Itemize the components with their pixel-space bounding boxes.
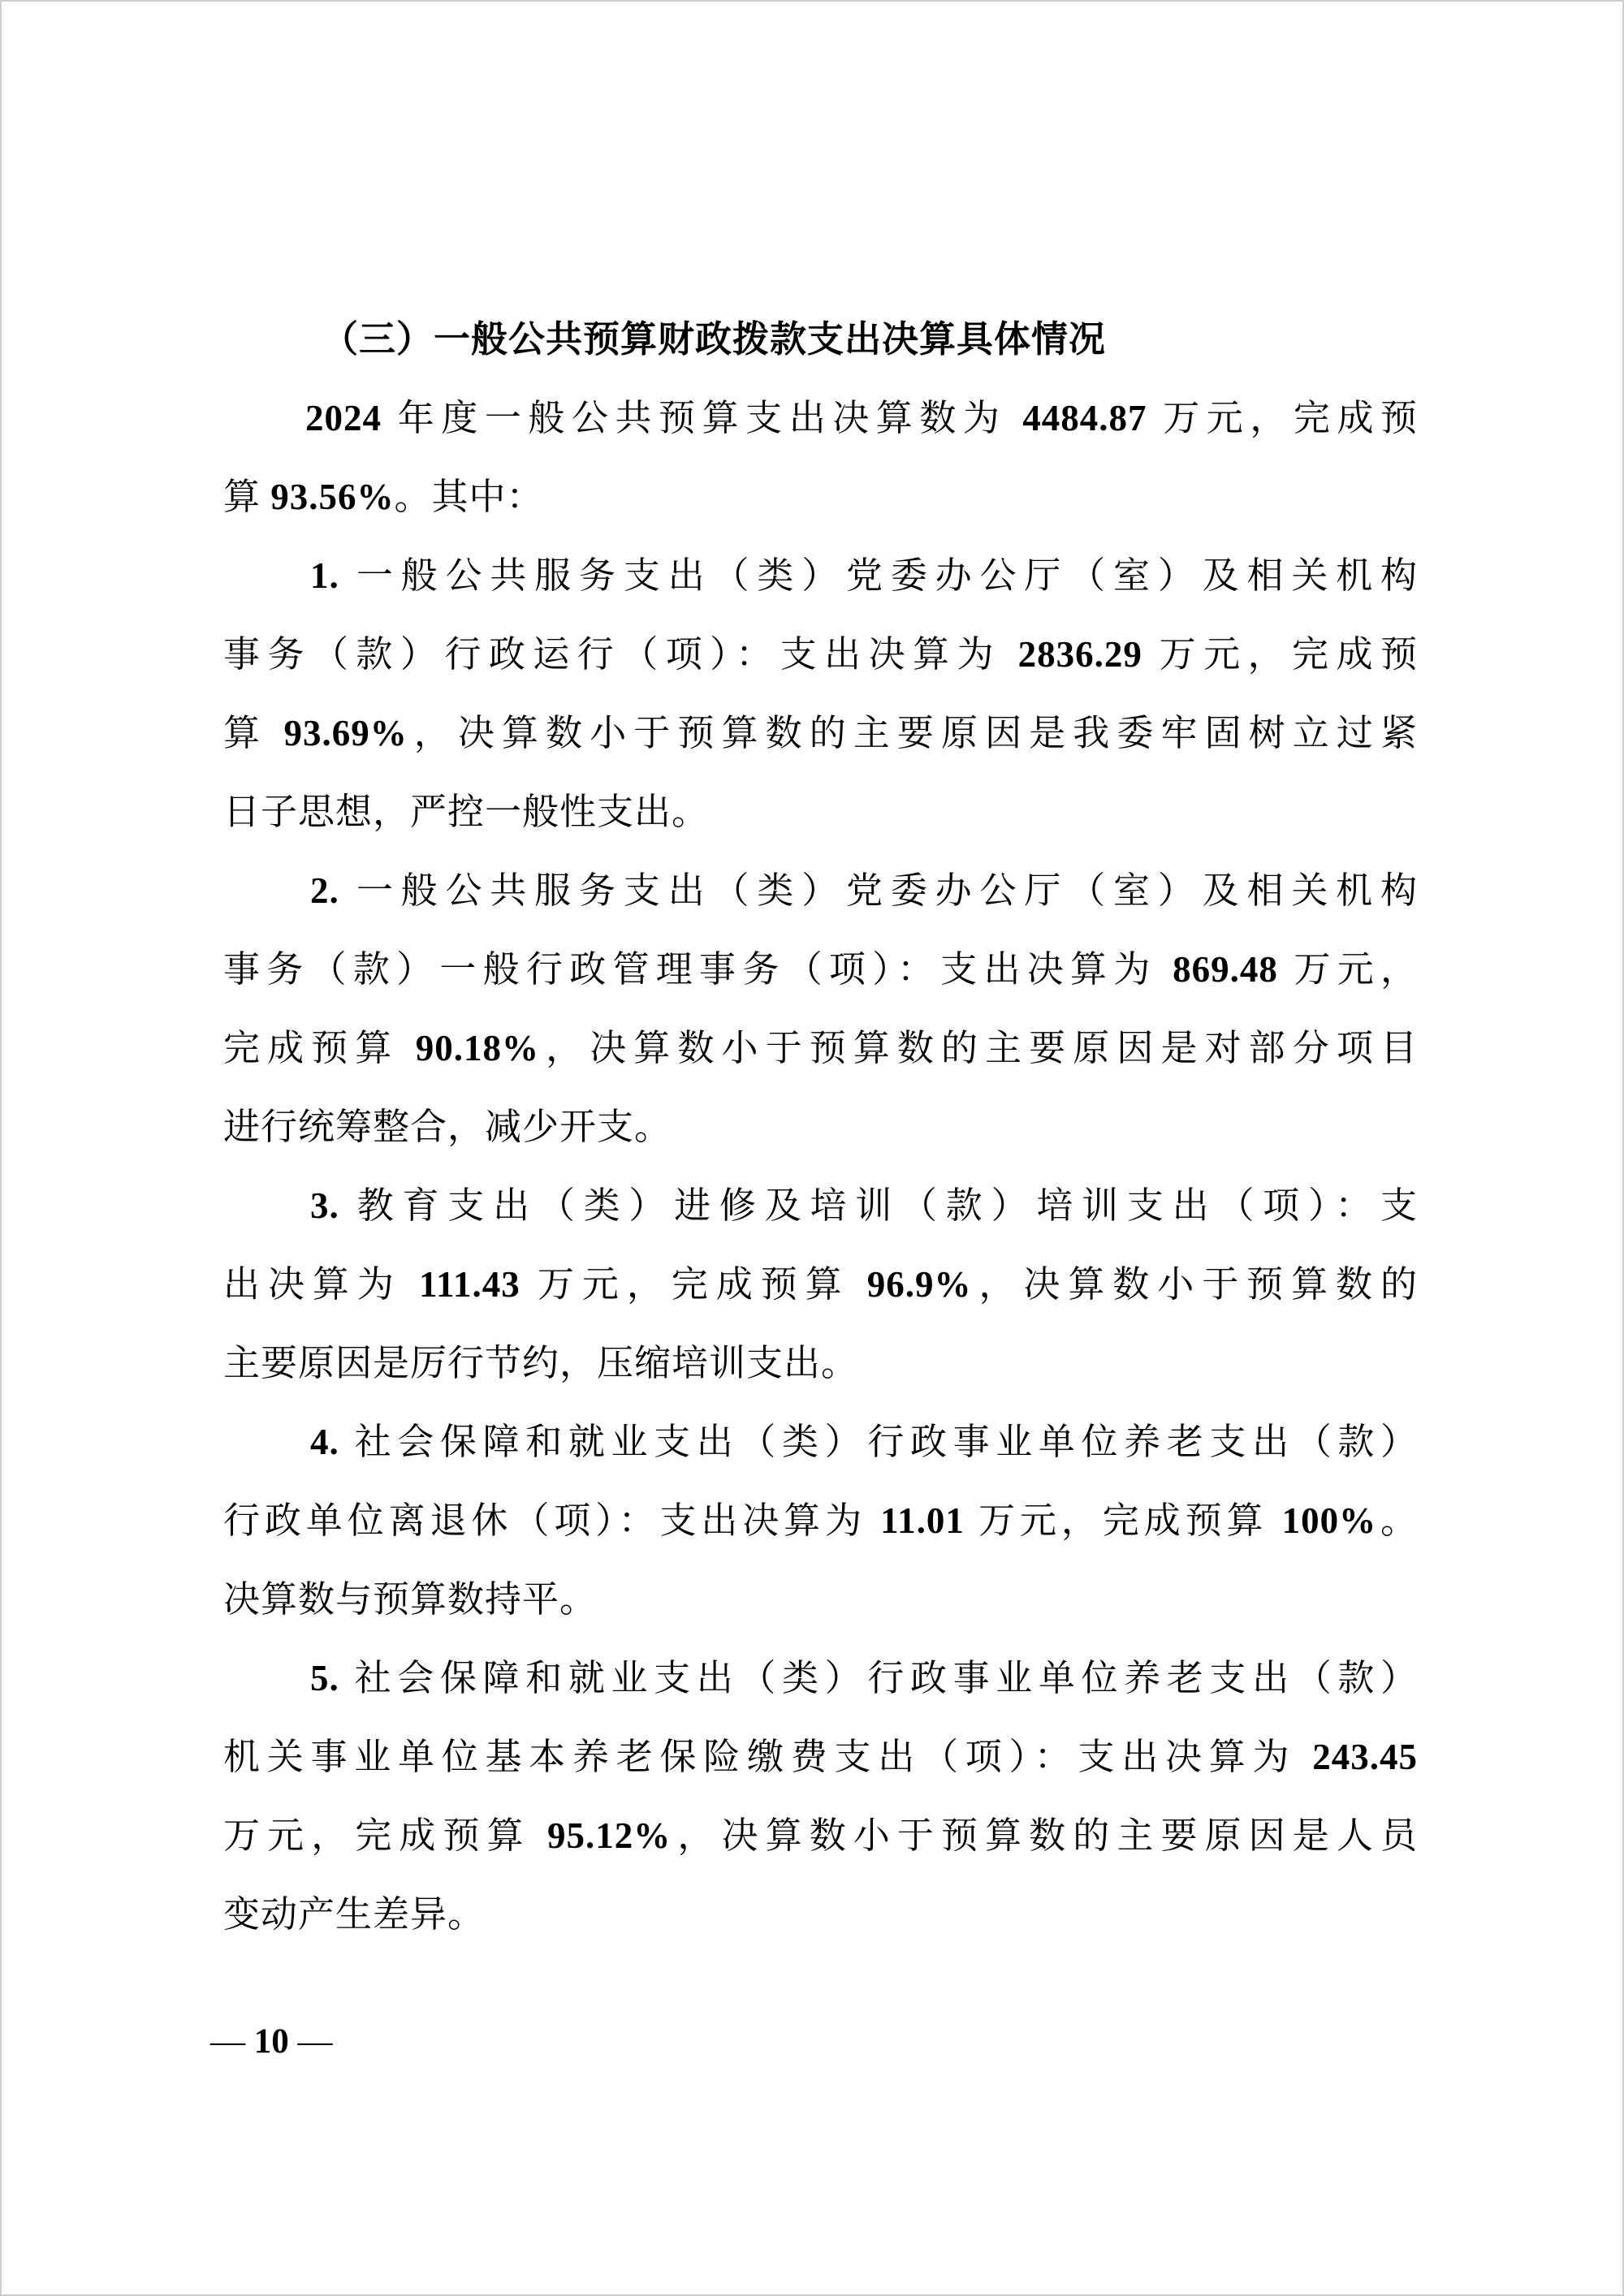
- text-segment: 行政单位离退休（项）：支出决算为: [223, 1500, 880, 1541]
- bold-number-segment: 96.9%: [867, 1264, 972, 1305]
- text-line: 进行统筹整合，减少开支。: [223, 1088, 1418, 1167]
- text-segment: 主要原因是厉行节约，压缩培训支出。: [223, 1343, 858, 1383]
- text-line: 日子思想，严控一般性支出。: [223, 773, 1418, 852]
- text-segment: ，决算数小于预算数的主要原因是对部分项目: [539, 1028, 1418, 1068]
- text-segment: 进行统筹整合，减少开支。: [223, 1107, 672, 1147]
- text-line: 出决算为 111.43 万元，完成预算 96.9%，决算数小于预算数的: [223, 1245, 1418, 1324]
- text-line: 4. 社会保障和就业支出（类）行政事业单位养老支出（款）: [223, 1403, 1418, 1482]
- text-line: 变动产生差异。: [223, 1875, 1418, 1954]
- text-segment: 一般公共服务支出（类）党委办公厅（室）及相关机构: [339, 870, 1418, 911]
- bold-number-segment: 10: [254, 2022, 289, 2061]
- text-segment: 万元，完成预: [1142, 634, 1418, 675]
- text-segment: 事务（款）一般行政管理事务（项）：支出决算为: [223, 949, 1173, 990]
- text-segment: 。: [1376, 1500, 1418, 1541]
- bold-number-segment: 1.: [310, 555, 339, 596]
- bold-number-segment: 3.: [310, 1185, 339, 1226]
- bold-number-segment: 5.: [310, 1658, 339, 1698]
- text-segment: 社会保障和就业支出（类）行政事业单位养老支出（款）: [339, 1422, 1418, 1462]
- text-segment: 决算数与预算数持平。: [223, 1579, 597, 1620]
- text-segment: ，决算数小于预算数的主要原因是我委牢固树立过紧: [408, 713, 1418, 753]
- text-line: 主要原因是厉行节约，压缩培训支出。: [223, 1324, 1418, 1403]
- document-body: （三）一般公共预算财政拨款支出决算具体情况2024 年度一般公共预算支出决算数为…: [223, 300, 1418, 1954]
- bold-number-segment: 4484.87: [1022, 398, 1147, 438]
- text-segment: —: [289, 2022, 333, 2061]
- text-line: 完成预算 90.18%，决算数小于预算数的主要原因是对部分项目: [223, 1009, 1418, 1088]
- text-segment: 万元，完成预算: [520, 1264, 867, 1305]
- text-line: 行政单位离退休（项）：支出决算为 11.01 万元，完成预算 100%。: [223, 1482, 1418, 1560]
- bold-number-segment: （三）一般公共预算财政拨款支出决算具体情况: [322, 319, 1106, 360]
- bold-number-segment: 100%: [1282, 1500, 1377, 1541]
- bold-number-segment: 869.48: [1173, 949, 1278, 990]
- document-page: （三）一般公共预算财政拨款支出决算具体情况2024 年度一般公共预算支出决算数为…: [0, 0, 1624, 2296]
- bold-number-segment: 11.01: [880, 1500, 965, 1541]
- text-segment: 一般公共服务支出（类）党委办公厅（室）及相关机构: [339, 555, 1418, 596]
- text-line: 决算数与预算数持平。: [223, 1560, 1418, 1639]
- text-segment: 万元，: [1278, 949, 1418, 990]
- text-line: 5. 社会保障和就业支出（类）行政事业单位养老支出（款）: [223, 1639, 1418, 1718]
- bold-number-segment: 90.18%: [416, 1028, 539, 1068]
- text-segment: 变动产生差异。: [223, 1894, 485, 1935]
- text-line: 事务（款）行政运行（项）：支出决算为 2836.29 万元，完成预: [223, 615, 1418, 694]
- text-segment: 算: [223, 477, 270, 517]
- text-line: 事务（款）一般行政管理事务（项）：支出决算为 869.48 万元，: [223, 930, 1418, 1009]
- text-segment: 教育支出（类）进修及培训（款）培训支出（项）：支: [339, 1185, 1418, 1226]
- text-segment: 。其中：: [395, 477, 544, 517]
- bold-number-segment: 243.45: [1312, 1737, 1418, 1777]
- bold-number-segment: 93.56%: [270, 477, 394, 517]
- bold-number-segment: 4.: [310, 1422, 339, 1462]
- text-line: 1. 一般公共服务支出（类）党委办公厅（室）及相关机构: [223, 537, 1418, 615]
- bold-number-segment: 95.12%: [547, 1815, 671, 1856]
- text-line: 算 93.69%，决算数小于预算数的主要原因是我委牢固树立过紧: [223, 694, 1418, 773]
- text-segment: 日子思想，严控一般性支出。: [223, 792, 709, 832]
- text-segment: ，决算数小于预算数的主要原因是人员: [671, 1815, 1418, 1856]
- text-segment: 算: [223, 713, 283, 753]
- bold-number-segment: 93.69%: [283, 713, 407, 753]
- text-line: 机关事业单位基本养老保险缴费支出（项）：支出决算为 243.45: [223, 1718, 1418, 1797]
- section-heading: （三）一般公共预算财政拨款支出决算具体情况: [223, 300, 1418, 379]
- text-segment: 万元，完成预算: [965, 1500, 1282, 1541]
- text-segment: 万元，完成预: [1147, 398, 1418, 438]
- text-segment: 完成预算: [223, 1028, 416, 1068]
- text-segment: 出决算为: [223, 1264, 419, 1305]
- text-line: 3. 教育支出（类）进修及培训（款）培训支出（项）：支: [223, 1167, 1418, 1245]
- text-line: 2. 一般公共服务支出（类）党委办公厅（室）及相关机构: [223, 852, 1418, 930]
- bold-number-segment: 2024: [305, 398, 382, 438]
- text-segment: 社会保障和就业支出（类）行政事业单位养老支出（款）: [339, 1658, 1418, 1698]
- page-number-footer: — 10 —: [210, 2002, 333, 2081]
- text-line: 万元，完成预算 95.12%，决算数小于预算数的主要原因是人员: [223, 1797, 1418, 1875]
- text-segment: 机关事业单位基本养老保险缴费支出（项）：支出决算为: [223, 1737, 1312, 1777]
- bold-number-segment: 2836.29: [1018, 634, 1142, 675]
- text-segment: 年度一般公共预算支出决算数为: [382, 398, 1022, 438]
- bold-number-segment: 2.: [310, 870, 339, 911]
- bold-number-segment: 111.43: [419, 1264, 520, 1305]
- text-segment: —: [210, 2022, 254, 2061]
- text-segment: 事务（款）行政运行（项）：支出决算为: [223, 634, 1018, 675]
- text-line: 算 93.56%。其中：: [223, 458, 1418, 537]
- text-segment: ，决算数小于预算数的: [972, 1264, 1418, 1305]
- text-line: 2024 年度一般公共预算支出决算数为 4484.87 万元，完成预: [223, 379, 1418, 458]
- text-segment: 万元，完成预算: [223, 1815, 547, 1856]
